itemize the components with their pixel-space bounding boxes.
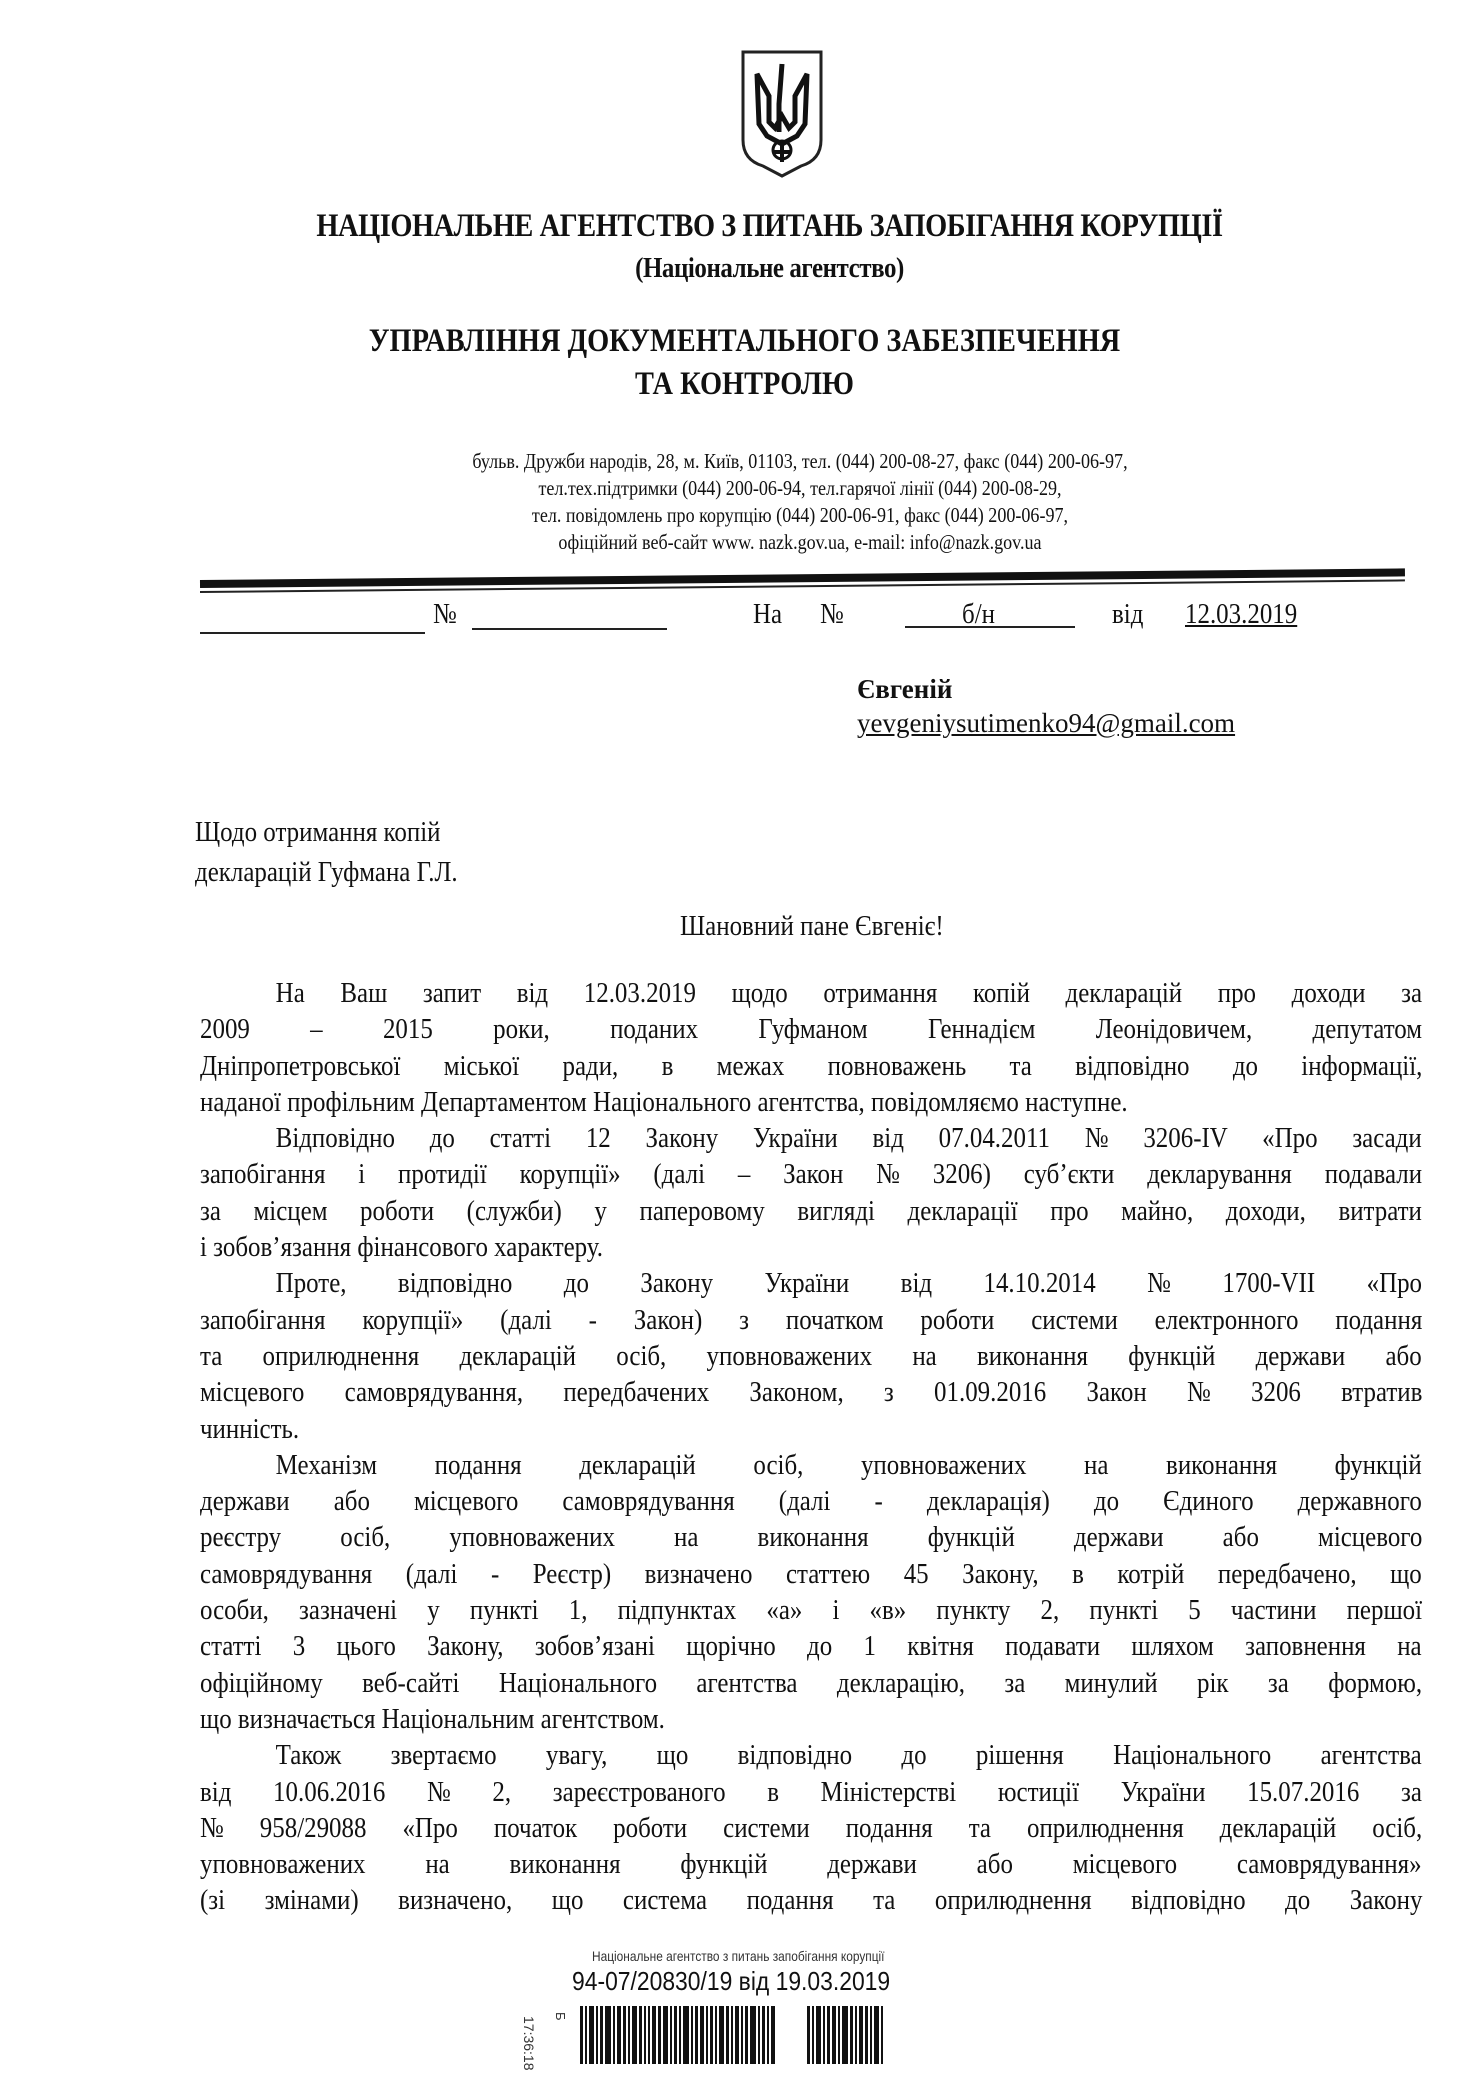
barcode-bar [758,2006,760,2064]
greeting: Шановний пане Євгеніє! [680,910,944,943]
barcode-bar [807,2006,810,2064]
barcode-bar [589,2006,594,2064]
outgoing-number-blank [472,598,667,630]
barcode-bar [670,2006,672,2064]
body-line: № 958/29088 «Про початок роботи системи … [200,1810,1251,1846]
body-line: та оприлюднення декларацій осіб, уповнов… [200,1338,1251,1374]
body-line: реєстру осіб, уповноважених на виконання… [200,1519,1251,1555]
barcode-bar [613,2006,615,2064]
body-line: що визначається Національним агентством. [200,1701,1251,1737]
body-line: місцевого самоврядування, передбачених З… [200,1374,1251,1410]
barcode-bar [823,2006,825,2064]
subject-line: декларацій Гуфмана Г.Л. [195,852,458,892]
barcode-bar [695,2006,698,2064]
letter-body: На Ваш запит від 12.03.2019 щодо отриман… [200,975,1422,1919]
body-line: і зобов’язання фінансового характеру. [200,1229,1251,1265]
body-line: запобігання і протидії корупції» (далі –… [200,1156,1251,1192]
barcode-bar [855,2006,857,2064]
barcode-bar [700,2006,704,2064]
contact-line: бульв. Дружби народів, 28, м. Київ, 0110… [370,448,1230,475]
coat-of-arms-icon [737,44,827,182]
barcode-bar [870,2006,872,2064]
body-line: Також звертаємо увагу, що відповідно до … [200,1737,1251,1773]
barcode-bar [715,2006,717,2064]
barcode-bar [767,2006,769,2064]
barcode-bar [850,2006,853,2064]
contact-block: бульв. Дружби народів, 28, м. Київ, 0110… [370,448,1230,556]
barcode-bar [726,2006,729,2064]
barcode-bar [710,2006,713,2064]
barcode-bar [750,2006,756,2064]
body-line: (зі змінами) визначено, що система подан… [200,1882,1251,1918]
barcode-bar [745,2006,748,2064]
barcode-bar [731,2006,733,2064]
reply-to-number-sign: № [820,598,844,631]
barcode-bar [842,2006,848,2064]
barcode-bar [596,2006,598,2064]
body-line: статті 3 цього Закону, зобов’язані щоріч… [200,1628,1251,1664]
department-name-line1: УПРАВЛІННЯ ДОКУМЕНТАЛЬНОГО ЗАБЕЗПЕЧЕННЯ [112,323,1377,360]
body-line: Дніпропетровської міської ради, в межах … [200,1048,1251,1084]
barcode-bar [777,2006,805,2064]
body-line: Проте, відповідно до Закону України від … [200,1265,1251,1301]
barcode-bar [859,2006,863,2064]
document-page: НАЦІОНАЛЬНЕ АГЕНТСТВО З ПИТАНЬ ЗАПОБІГАН… [0,0,1471,2080]
contact-line: тел.тех.підтримки (044) 200-06-94, тел.г… [370,475,1230,502]
barcode-bar [648,2006,650,2064]
barcode-bar [832,2006,836,2064]
registration-line: № На № б/н від 12.03.2019 [200,596,1420,646]
barcode-bar [838,2006,840,2064]
date-label: від [1112,598,1143,631]
stamp-letter: Б [553,2012,568,2021]
barcode-bar [762,2006,765,2064]
barcode-bar [827,2006,830,2064]
barcode-bar [658,2006,661,2064]
barcode-bar [605,2006,611,2064]
registration-stamp: Національне агентство з питань запобіган… [500,1948,1000,2078]
contact-line: тел. повідомлень про корупцію (044) 200-… [370,502,1230,529]
barcode-bar [580,2006,583,2064]
reply-to-label: На [753,598,782,631]
barcode-bar [617,2006,621,2064]
contact-line: офіційний веб-сайт www. nazk.gov.ua, e-m… [370,529,1230,556]
barcode-bar [585,2006,587,2064]
barcode-bar [816,2006,821,2064]
barcode-bar [771,2006,775,2064]
department-name-line2: ТА КОНТРОЛЮ [112,366,1377,403]
barcode-bar [639,2006,642,2064]
outgoing-date-blank [200,602,425,634]
barcode-bar [741,2006,743,2064]
body-line: особи, зазначені у пункті 1, підпунктах … [200,1592,1251,1628]
body-line: чинність. [200,1411,1251,1447]
barcode-bar [735,2006,739,2064]
subject-line: Щодо отримання копій [195,812,458,852]
reply-to-number: б/н [962,598,995,631]
body-line: запобігання корупції» (далі - Закон) з п… [200,1302,1251,1338]
agency-short-name: (Національне агентство) [137,252,1402,285]
recipient-email[interactable]: yevgeniysutimenko94@gmail.com [857,706,1235,740]
body-line: офіційному веб-сайті Національного агент… [200,1665,1251,1701]
stamp-time: 17:36:18 [521,2016,537,2071]
barcode-bar [674,2006,677,2064]
body-line: наданої профільним Департаментом Націона… [200,1084,1251,1120]
recipient-name: Євгеній [857,672,1235,706]
barcode-bar [881,2006,883,2064]
recipient-block: Євгеній yevgeniysutimenko94@gmail.com [857,672,1235,740]
barcode-bar [691,2006,693,2064]
barcode-bar [679,2006,681,2064]
barcode-icon [580,2006,885,2064]
barcode-bar [874,2006,879,2064]
body-line: держави або місцевого самоврядування (да… [200,1483,1251,1519]
stamp-registration-number: 94-07/20830/19 від 19.03.2019 [572,1966,890,1997]
barcode-bar [683,2006,689,2064]
barcode-bar [719,2006,724,2064]
body-line: Механізм подання декларацій осіб, уповно… [200,1447,1251,1483]
agency-name: НАЦІОНАЛЬНЕ АГЕНТСТВО З ПИТАНЬ ЗАПОБІГАН… [137,208,1402,245]
letter-subject: Щодо отримання копій декларацій Гуфмана … [195,812,458,892]
barcode-bar [812,2006,814,2064]
body-line: Відповідно до статті 12 Закону України в… [200,1120,1251,1156]
barcode-bar [706,2006,708,2064]
body-line: уповноважених на виконання функцій держа… [200,1846,1251,1882]
number-sign: № [433,598,457,631]
stamp-org: Національне агентство з питань запобіган… [592,1948,884,1964]
barcode-bar [628,2006,630,2064]
body-line: На Ваш запит від 12.03.2019 щодо отриман… [200,975,1251,1011]
barcode-bar [652,2006,656,2064]
barcode-bar [600,2006,603,2064]
body-line: за місцем роботи (служби) у паперовому в… [200,1193,1251,1229]
body-line: від 10.06.2016 № 2, зареєстрованого в Мі… [200,1774,1251,1810]
barcode-bar [632,2006,637,2064]
barcode-bar [663,2006,668,2064]
barcode-bar [865,2006,868,2064]
body-line: 2009 – 2015 роки, поданих Гуфманом Генна… [200,1011,1251,1047]
barcode-bar [623,2006,626,2064]
body-line: самоврядування (далі - Реєстр) визначено… [200,1556,1251,1592]
reply-to-date: 12.03.2019 [1185,598,1297,631]
barcode-bar [644,2006,646,2064]
